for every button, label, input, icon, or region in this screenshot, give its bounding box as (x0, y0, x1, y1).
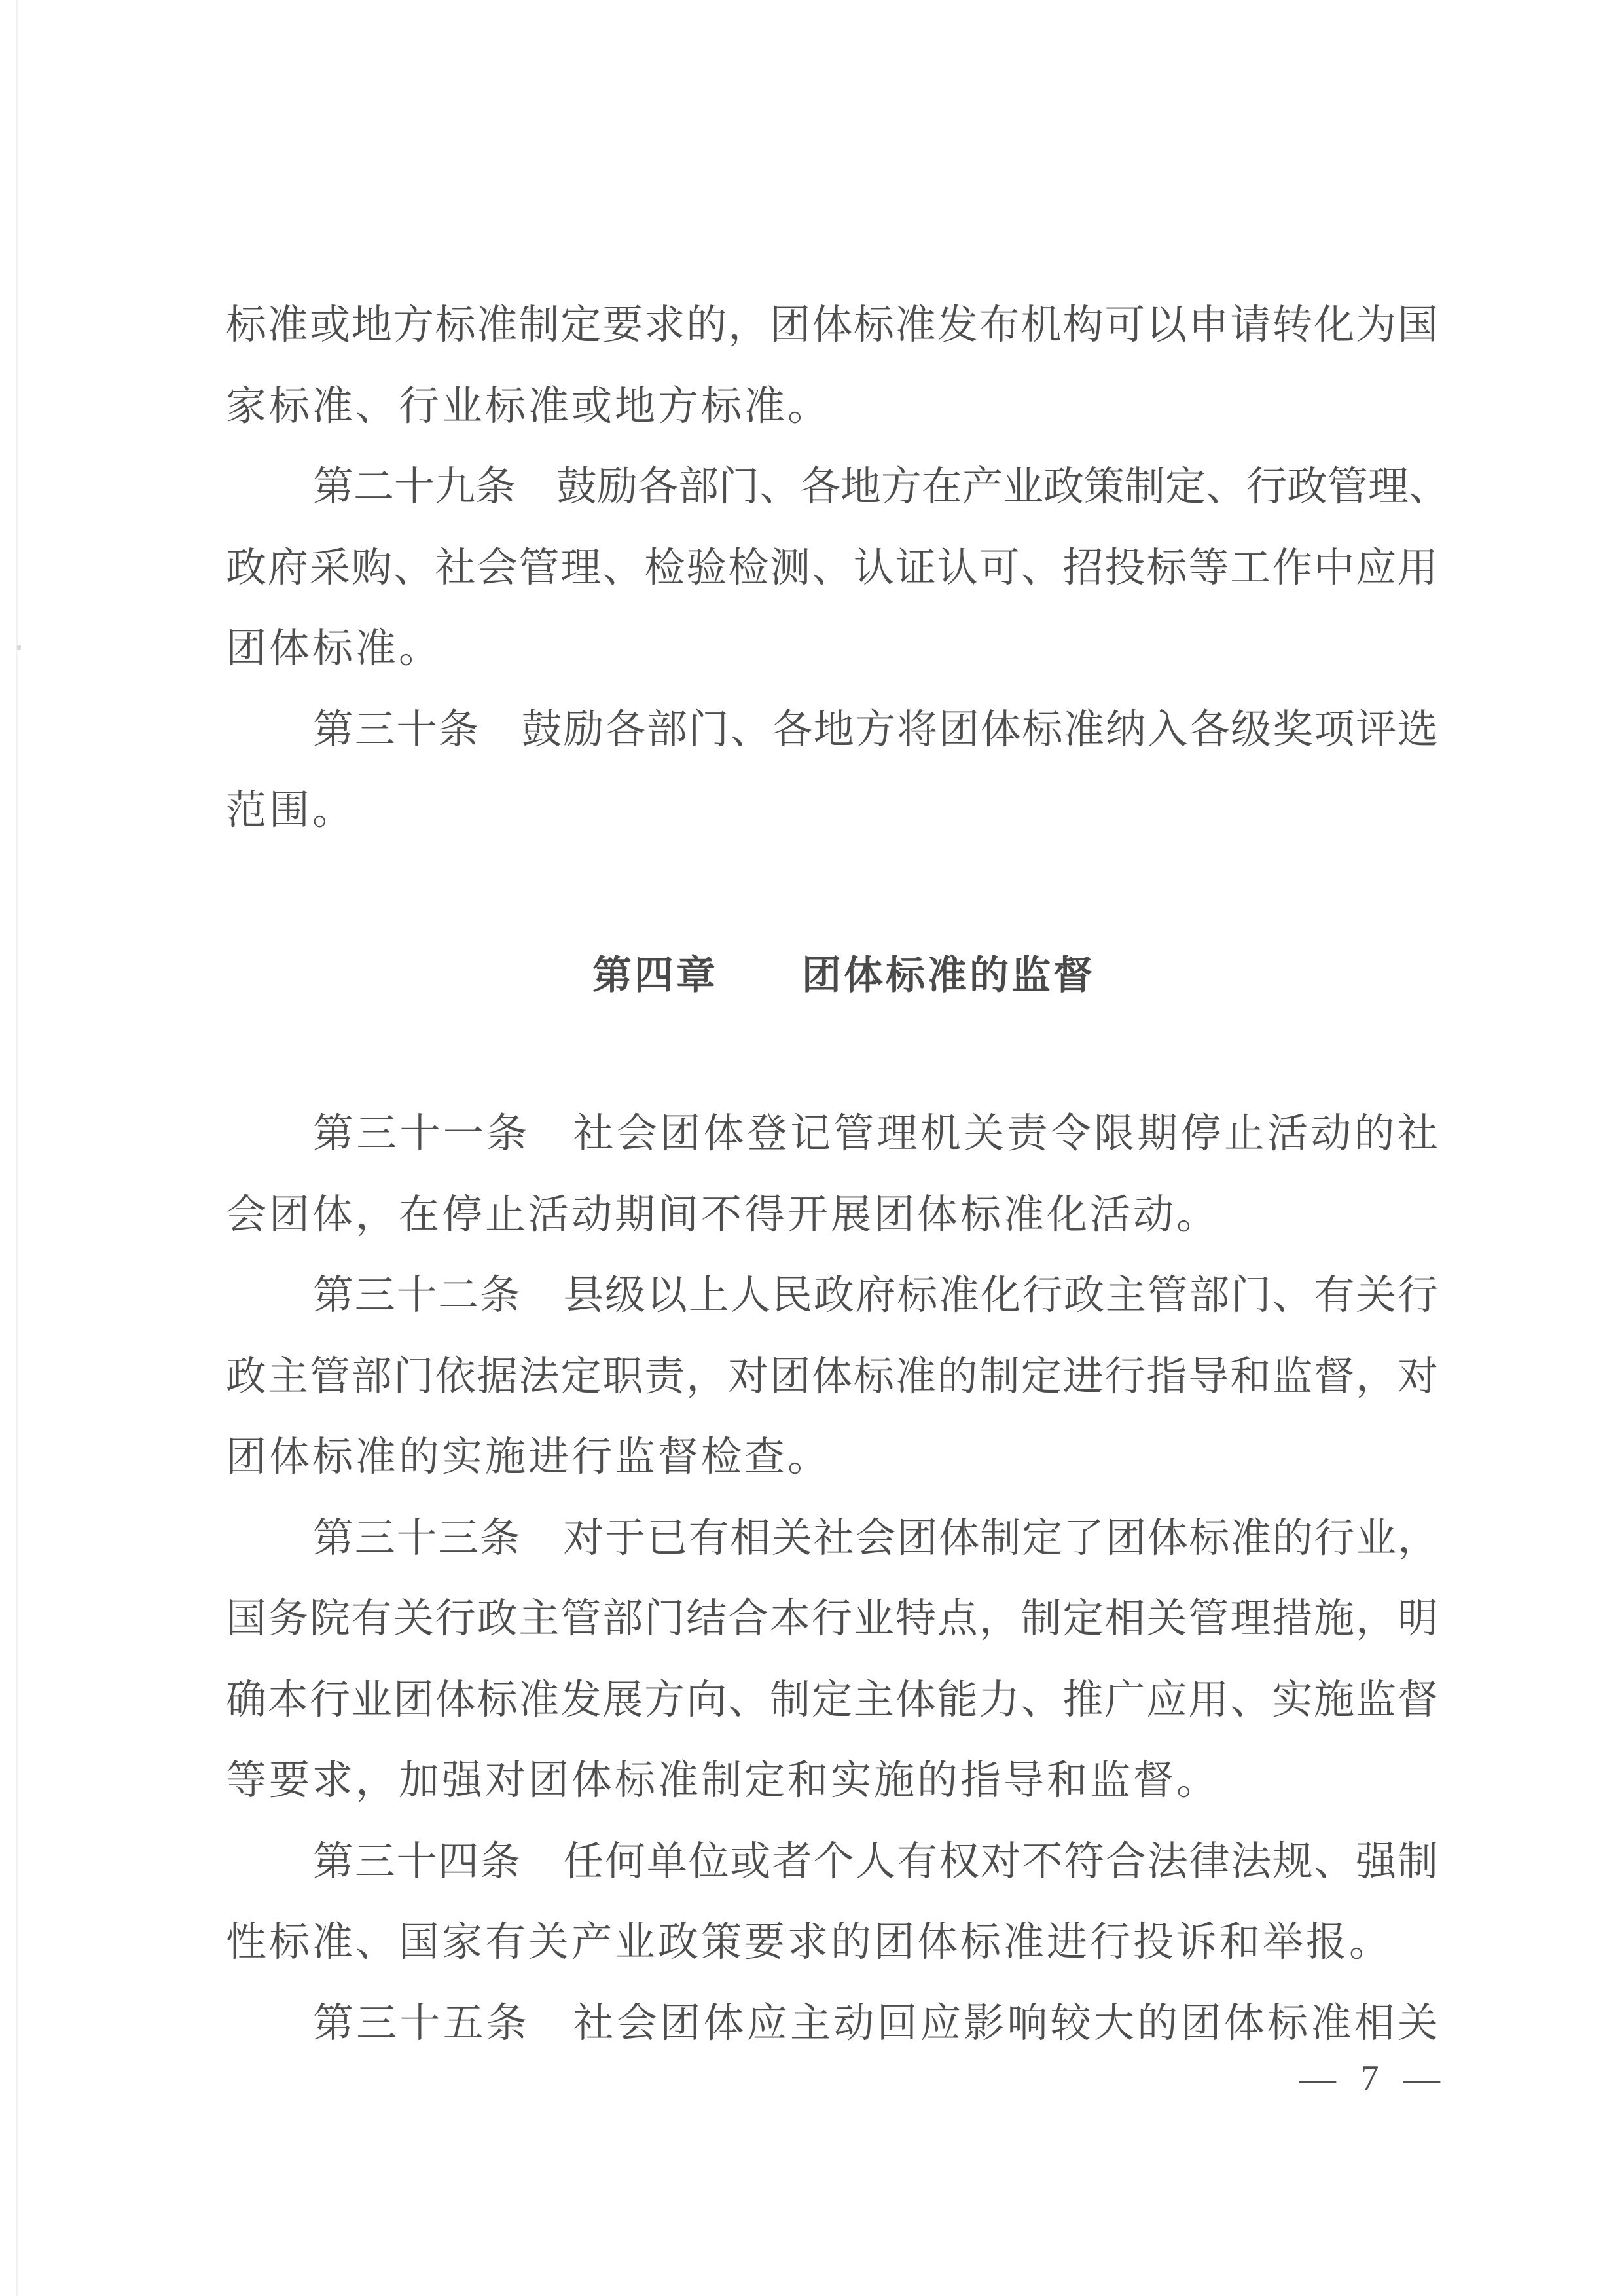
article-35-line: 第三十五条 社会团体应主动回应影响较大的团体标准相关 (226, 1982, 1438, 2064)
text-line: 范围。 (226, 769, 1438, 850)
article-34-line: 第三十四条 任何单位或者个人有权对不符合法律法规、强制 (226, 1821, 1438, 1902)
text-line: 家标准、行业标准或地方标准。 (226, 365, 1438, 446)
text-line: 团体标准。 (226, 608, 1438, 689)
text-line: 政主管部门依据法定职责，对团体标准的制定进行指导和监督，对 (226, 1336, 1438, 1417)
text-line: 会团体，在停止活动期间不得开展团体标准化活动。 (226, 1174, 1438, 1255)
text-line: 政府采购、社会管理、检验检测、认证认可、招投标等工作中应用 (226, 527, 1438, 608)
article-32-line: 第三十二条 县级以上人民政府标准化行政主管部门、有关行 (226, 1254, 1438, 1336)
article-33-line: 第三十三条 对于已有相关社会团体制定了团体标准的行业， (226, 1497, 1438, 1578)
scan-edge-artifact (16, 0, 18, 2296)
text-line: 国务院有关行政主管部门结合本行业特点，制定相关管理措施，明 (226, 1578, 1438, 1659)
text-line: 等要求，加强对团体标准制定和实施的指导和监督。 (226, 1740, 1438, 1821)
document-page: 标准或地方标准制定要求的，团体标准发布机构可以申请转化为国 家标准、行业标准或地… (0, 0, 1624, 2296)
text-line: 性标准、国家有关产业政策要求的团体标准进行投诉和举报。 (226, 1901, 1438, 1982)
article-30-line: 第三十条 鼓励各部门、各地方将团体标准纳入各级奖项评选 (226, 689, 1438, 770)
text-line: 团体标准的实施进行监督检查。 (226, 1416, 1438, 1497)
chapter-title: 第四章 团体标准的监督 (592, 935, 1077, 1016)
text-line: 确本行业团体标准发展方向、制定主体能力、推广应用、实施监督 (226, 1659, 1438, 1740)
scan-speck-artifact (17, 645, 21, 650)
page-number: — 7 — (1299, 2056, 1440, 2102)
text-line: 标准或地方标准制定要求的，团体标准发布机构可以申请转化为国 (226, 284, 1438, 365)
article-29-line: 第二十九条 鼓励各部门、各地方在产业政策制定、行政管理、 (226, 446, 1438, 527)
article-31-line: 第三十一条 社会团体登记管理机关责令限期停止活动的社 (226, 1093, 1438, 1174)
